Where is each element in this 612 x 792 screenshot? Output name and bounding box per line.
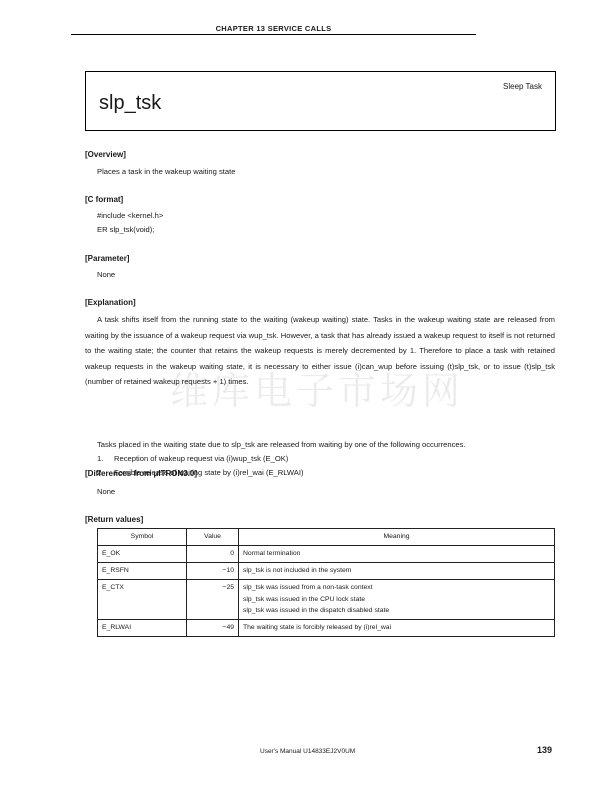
meaning-cell: slp_tsk is not included in the system <box>239 563 555 580</box>
symbol-cell: E_OK <box>98 546 187 563</box>
chapter-header: CHAPTER 13 SERVICE CALLS <box>71 24 476 33</box>
table-row: E_OK 0 Normal termination <box>98 546 555 563</box>
column-header-symbol: Symbol <box>98 529 187 546</box>
meaning-cell: slp_tsk was issued from a non-task conte… <box>239 580 555 620</box>
footer-manual-id: User's Manual U14833EJ2V0UM <box>260 748 355 755</box>
value-cell: −25 <box>187 580 239 620</box>
symbol-cell: E_CTX <box>98 580 187 620</box>
table-header-row: Symbol Value Meaning <box>98 529 555 546</box>
explanation-paragraph-2: Tasks placed in the waiting state due to… <box>97 438 466 452</box>
symbol-cell: E_RLWAI <box>98 619 187 636</box>
table-row: E_RLWAI −49 The waiting state is forcibl… <box>98 619 555 636</box>
header-rule <box>71 34 476 35</box>
c-format-line-2: ER slp_tsk(void); <box>97 223 154 237</box>
parameter-text: None <box>97 268 115 282</box>
list-item: 1.Reception of wakeup request via (i)wup… <box>97 452 304 466</box>
differences-heading: [Differences from μITRON3.0] <box>85 469 197 478</box>
meaning-line: slp_tsk was issued in the CPU lock state <box>243 594 550 606</box>
return-values-heading: [Return values] <box>85 515 143 524</box>
meaning-cell: The waiting state is forcibly released b… <box>239 619 555 636</box>
column-header-value: Value <box>187 529 239 546</box>
overview-heading: [Overview] <box>85 150 126 159</box>
value-cell: 0 <box>187 546 239 563</box>
explanation-paragraph-1-text: A task shifts itself from the running st… <box>85 312 555 390</box>
meaning-cell: Normal termination <box>239 546 555 563</box>
explanation-paragraph-1: A task shifts itself from the running st… <box>85 312 555 390</box>
return-values-table: Symbol Value Meaning E_OK 0 Normal termi… <box>97 528 555 637</box>
overview-text: Places a task in the wakeup waiting stat… <box>97 165 235 179</box>
explanation-heading: [Explanation] <box>85 298 136 307</box>
meaning-line: slp_tsk was issued from a non-task conte… <box>243 582 550 594</box>
table-row: E_CTX −25 slp_tsk was issued from a non-… <box>98 580 555 620</box>
meaning-line: slp_tsk was issued in the dispatch disab… <box>243 605 550 617</box>
column-header-meaning: Meaning <box>239 529 555 546</box>
c-format-line-1: #include <kernel.h> <box>97 209 163 223</box>
c-format-heading: [C format] <box>85 195 123 204</box>
symbol-cell: E_RSFN <box>98 563 187 580</box>
page-number: 139 <box>537 745 552 755</box>
table-row: E_RSFN −10 slp_tsk is not included in th… <box>98 563 555 580</box>
page-title: slp_tsk <box>99 92 161 115</box>
value-cell: −10 <box>187 563 239 580</box>
parameter-heading: [Parameter] <box>85 254 129 263</box>
title-box: slp_tsk Sleep Task <box>85 71 556 131</box>
differences-text: None <box>97 485 115 499</box>
page-subtitle: Sleep Task <box>503 82 542 91</box>
value-cell: −49 <box>187 619 239 636</box>
